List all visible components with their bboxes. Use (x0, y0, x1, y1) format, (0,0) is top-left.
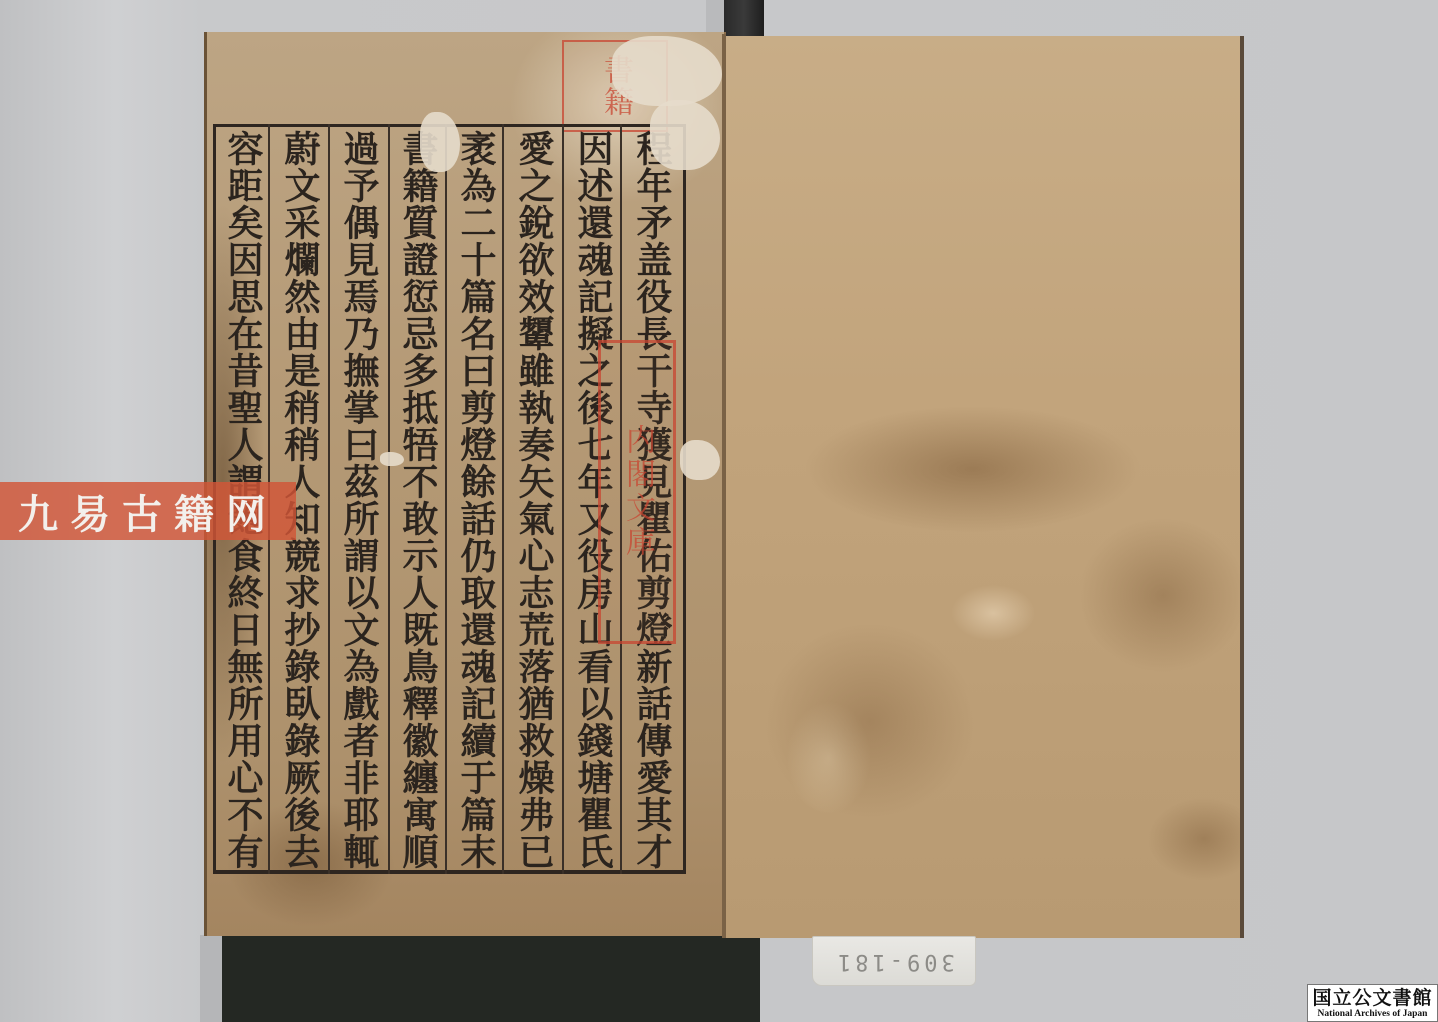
text-column-6: 過予偶見焉乃撫掌曰茲所謂以文為戲者非耶輒冠以敘稱其穠麗豐 (331, 130, 387, 870)
column-rule (328, 124, 330, 874)
paper-tear (680, 440, 720, 480)
watermark-banner: 九易古籍网 (0, 482, 296, 540)
call-number-label: 309-181 (812, 936, 976, 986)
paper-tear (380, 452, 404, 466)
book-spine-top (724, 0, 764, 36)
text-column-3: 愛之銳欲效顰雖執奏矢氣心志荒落猶救燥弗已憂吏之暇措撫設聞 (506, 130, 562, 870)
national-archives-logo: 国立公文書館 National Archives of Japan (1307, 984, 1438, 1022)
text-column-4: 袤為二十篇名曰剪燈餘話仍取還魂記續于篇末以其成於羈旅出於記憶無 (448, 130, 504, 870)
watermark-text: 九易古籍网 (18, 483, 278, 540)
center-fold (722, 34, 726, 938)
red-seal-collection: 内閣文庫 (598, 340, 676, 644)
archive-logo-english: National Archives of Japan (1318, 1009, 1428, 1020)
archive-logo-japanese: 国立公文書館 (1312, 987, 1432, 1009)
column-rule (562, 124, 564, 874)
call-number-text: 309-181 (834, 949, 955, 974)
binding-edge (706, 0, 724, 36)
right-page-blank-stained (724, 36, 1244, 938)
text-column-5: 書籍質證愆忌多抵牾不敢示人既鳥釋徽纏寓順城門客舍學士曾公子棨 (390, 130, 446, 870)
